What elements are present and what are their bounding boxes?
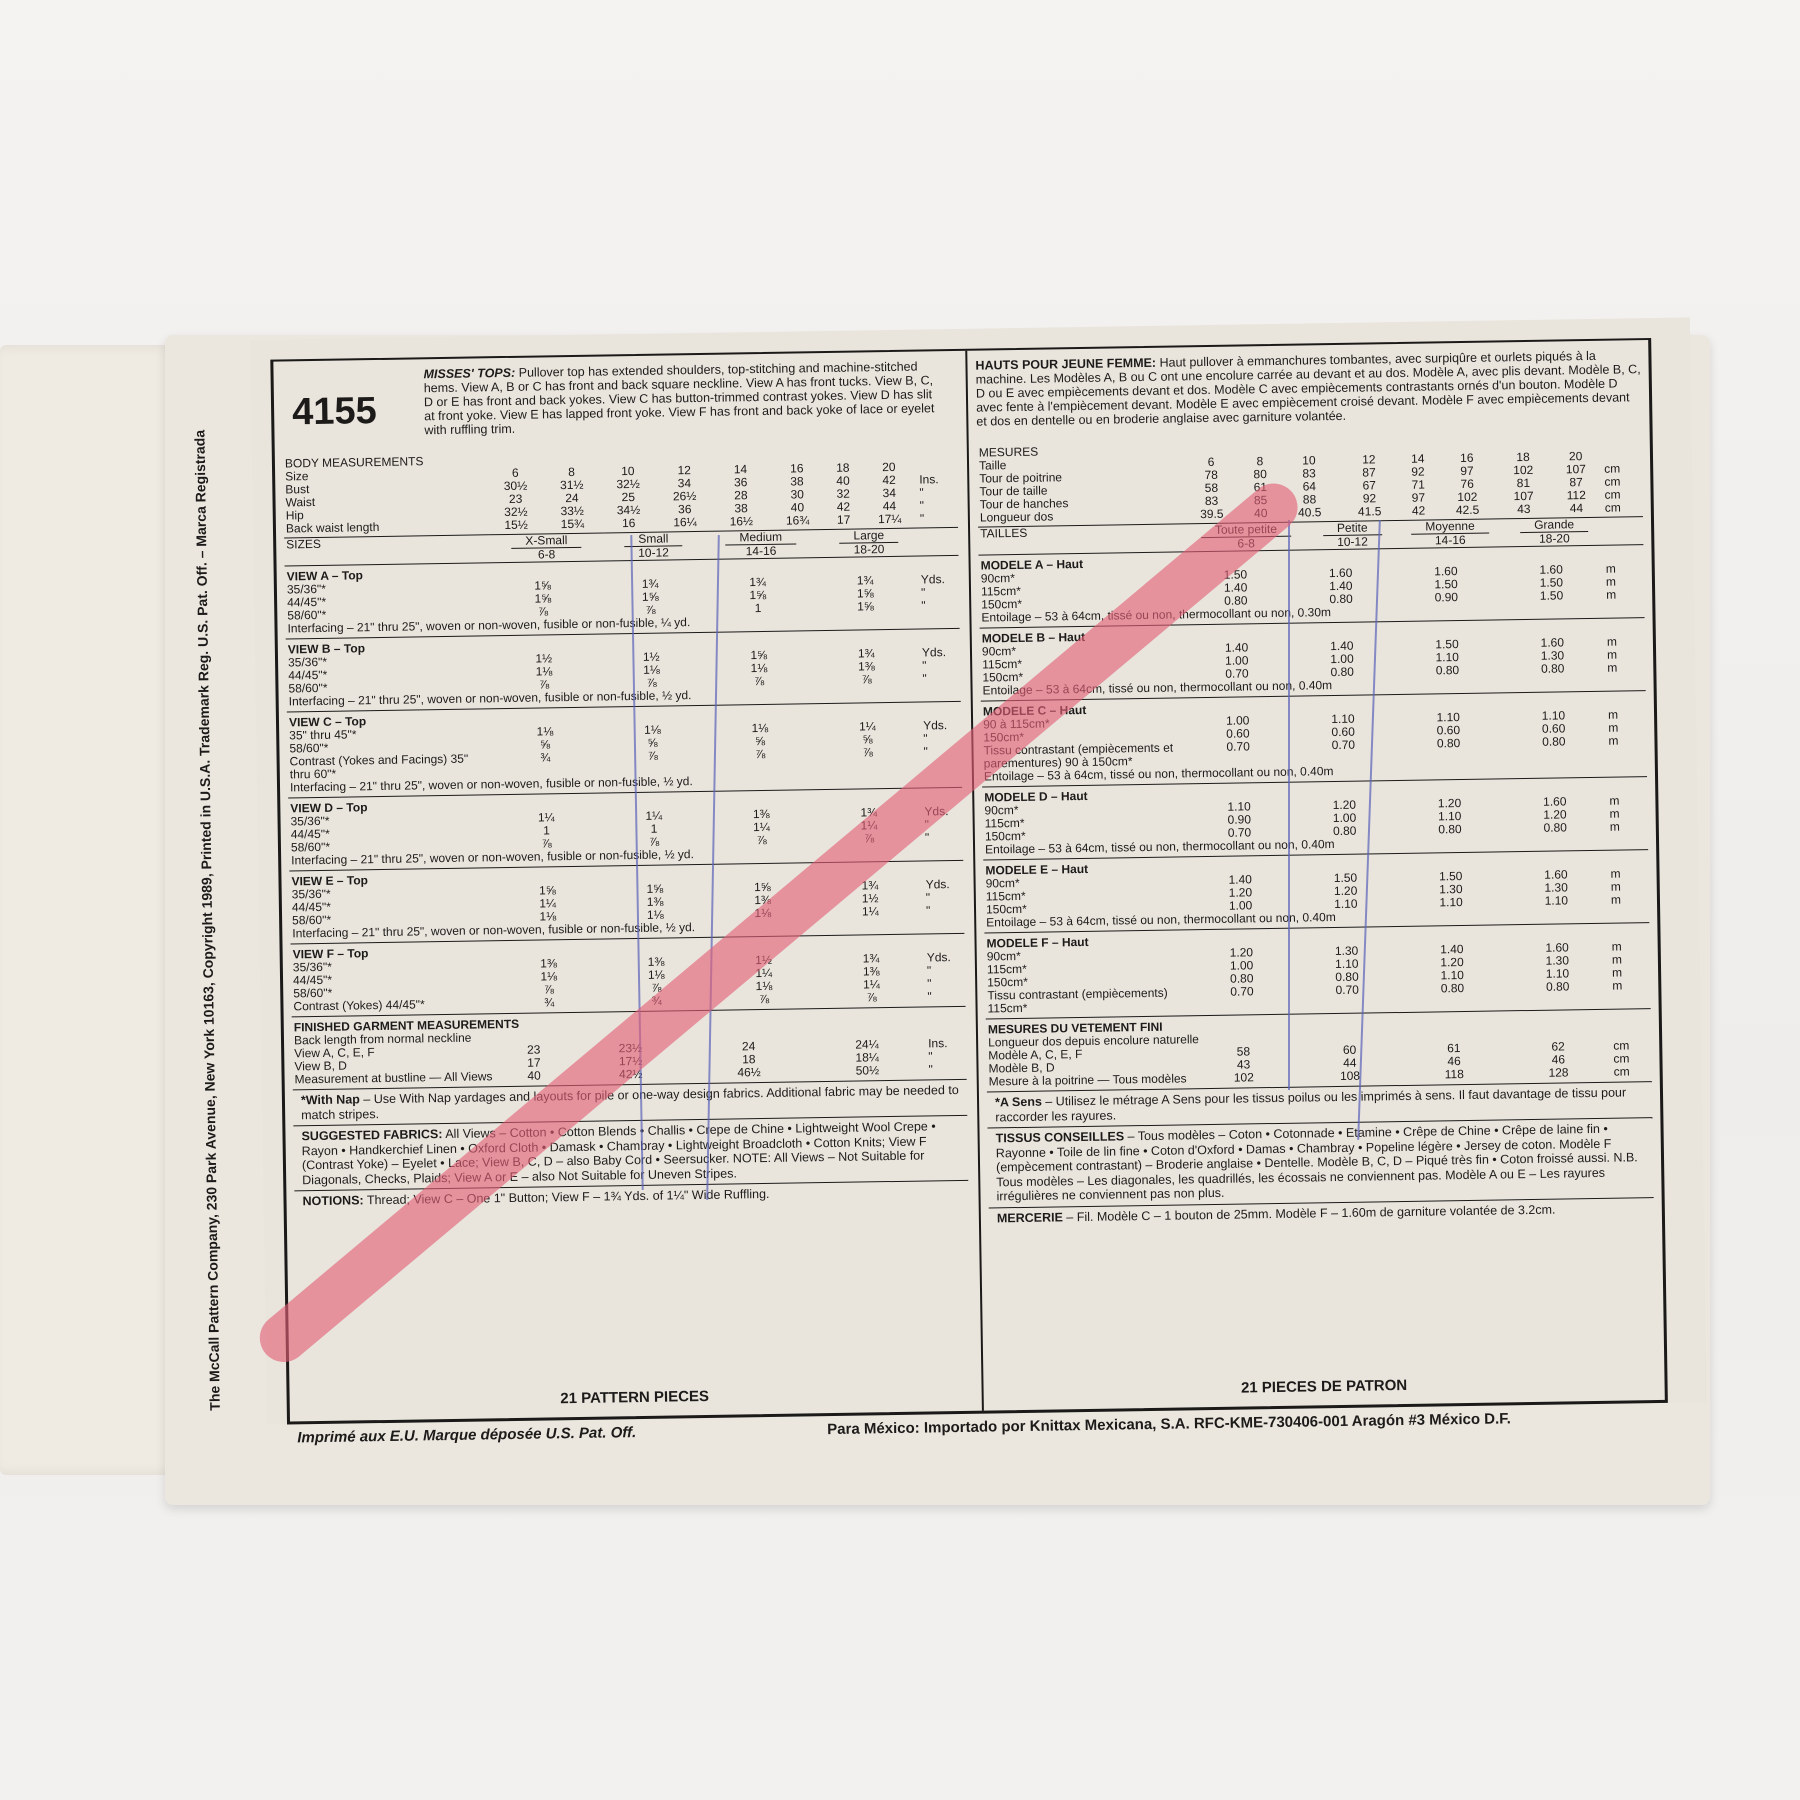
english-column: 4155 MISSES' TOPS: Pullover top has exte… — [273, 351, 980, 1422]
modele-section: MODELE A – Haut90cm*1.501.601.601.60m115… — [978, 544, 1644, 627]
modele-section: MODELE F – Haut90cm*1.201.301.401.60m115… — [984, 922, 1650, 1018]
mesures-table: MESURES Taille 6 8 10 12 14 16 18 20 — [977, 436, 1643, 524]
view-section: VIEW A – Top35/36"*1⅝1¾1¾1¾Yds.44/45"*1⅝… — [285, 555, 960, 639]
french-tables: MESURES Taille 6 8 10 12 14 16 18 20 — [977, 436, 1654, 1228]
view-section: VIEW B – Top35/36"*1½1½1⅝1¾Yds.44/45"*1⅛… — [286, 628, 961, 712]
pattern-pieces-count: 21 PATTERN PIECES — [290, 1384, 980, 1412]
metrage-modeles: MODELE A – Haut90cm*1.501.601.601.60m115… — [978, 544, 1650, 1018]
view-section: VIEW C – Top35" thru 45"*1⅛1⅛1⅛1¼Yds.58/… — [287, 701, 962, 798]
modele-section: MODELE D – Haut90cm*1.101.201.201.60m115… — [982, 776, 1648, 859]
suggested-fabrics: SUGGESTED FABRICS: All Views – Cotton • … — [293, 1115, 968, 1191]
pattern-number: 4155 — [292, 390, 377, 434]
modele-section: MODELE E – Haut90cm*1.401.501.501.60m115… — [983, 849, 1649, 932]
view-section: VIEW D – Top35/36"*1¼1¼1⅜1¾Yds.44/45"*11… — [288, 787, 963, 871]
mesures-vetement-fini: MESURES DU VETEMENT FINI Longueur dos de… — [986, 1008, 1652, 1091]
info-frame: 4155 MISSES' TOPS: Pullover top has exte… — [270, 338, 1668, 1425]
finished-measurements: FINISHED GARMENT MEASUREMENTS Back lengt… — [292, 1006, 967, 1090]
pattern-back-sheet: The McCall Pattern Company, 230 Park Ave… — [250, 317, 1707, 1424]
yardage-views: VIEW A – Top35/36"*1⅝1¾1¾1¾Yds.44/45"*1⅝… — [285, 555, 966, 1017]
french-description: HAUTS POUR JEUNE FEMME: Haut pullover à … — [975, 348, 1641, 428]
english-description: MISSES' TOPS: Pullover top has extended … — [423, 359, 944, 437]
tissus-conseilles: TISSUS CONSEILLES – Tous modèles – Coton… — [987, 1117, 1653, 1207]
body-measurements-table: BODY MEASUREMENTS Size 6 8 10 12 14 16 1… — [283, 447, 958, 536]
view-section: VIEW E – Top35/36"*1⅝1⅝1⅝1¾Yds.44/45"*1¼… — [289, 860, 964, 944]
pieces-de-patron-count: 21 PIECES DE PATRON — [983, 1373, 1664, 1401]
view-section: VIEW F – Top35/36"*1⅜1⅜1½1¾Yds.44/45"*1⅛… — [290, 933, 965, 1017]
modele-section: MODELE B – Haut90cm*1.401.401.501.60m115… — [980, 617, 1646, 700]
french-column: HAUTS POUR JEUNE FEMME: Haut pullover à … — [965, 340, 1665, 1411]
english-tables: BODY MEASUREMENTS Size 6 8 10 12 14 16 1… — [283, 447, 969, 1212]
description-title: MISSES' TOPS: — [423, 366, 515, 381]
modele-section: MODELE C – Haut90 à 115cm*1.001.101.101.… — [981, 690, 1647, 786]
